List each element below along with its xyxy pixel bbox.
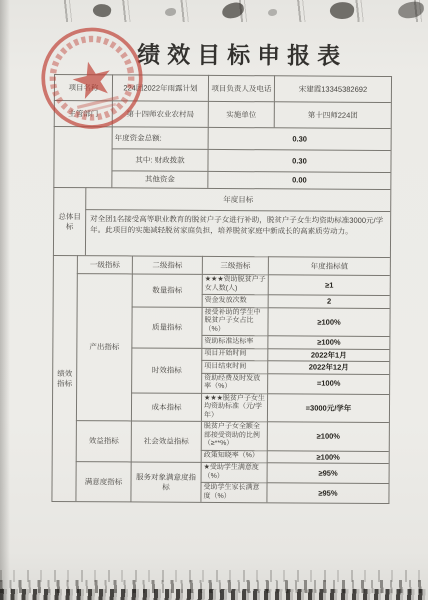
level1-label: 产出指标 (76, 273, 132, 420)
sub-service-satisfaction: 服务对象满意度指标 ★受助学生满意度（%） ≥95% 受助学生家长满意度（%） … (130, 461, 388, 503)
scanned-page: 绩效目标申报表 项目名称 224团2022年雨露计划 项目负责人及电话 宋建霞1… (0, 0, 428, 600)
page-title: 绩效目标申报表 (54, 36, 428, 71)
indicator-row: 资助经费及时发放率（%） =100% (201, 372, 389, 393)
indicator-row: 受助学生家长满意度（%） ≥95% (200, 482, 388, 503)
indicator-group-satisfaction: 满意度指标 服务对象满意度指标 ★受助学生满意度（%） ≥95% (75, 461, 388, 503)
indicator-name: 项目开始时间 (201, 347, 267, 360)
indicator-value: 2022年1月 (267, 348, 389, 361)
indicator-name: 政策知晓率（%） (201, 449, 267, 462)
indicator-row: ★受助学生满意度（%） ≥95% (201, 462, 389, 483)
overall-goal-row-label: 总体目标 (53, 187, 85, 255)
info-section: 项目名称 224团2022年雨露计划 项目负责人及电话 宋建霞133453826… (54, 74, 391, 128)
indicator-row: ★★★脱贫户子女生均资助标准（元/学年） =3000元/学年 (201, 392, 389, 422)
funds-fiscal-value: 0.30 (207, 149, 390, 172)
level1-label: 满意度指标 (75, 461, 130, 501)
indicator-name: ★★★资助脱贫户子女人数(人) (202, 274, 268, 294)
indicator-name: 接受补助的学生中脱贫户子女占比（%） (201, 306, 267, 335)
indicator-name: 脱贫户子女全额全部接受资助的比例（≥**%） (201, 421, 267, 450)
sub-quantity: 数量指标 ★★★资助脱贫户子女人数(人) ≥1 资金发放次数 2 (132, 273, 390, 307)
indicators-header-row: 一级指标 二级指标 三级指标 年度指标值 (77, 255, 390, 275)
header-annual-value: 年度指标值 (268, 256, 390, 275)
indicator-value: ≥100% (267, 335, 389, 348)
indicators-row-label: 绩效指标 (51, 255, 77, 501)
indicator-name: 项目结束时间 (201, 360, 267, 373)
indicator-value: 2 (268, 294, 390, 307)
funds-total-value: 0.30 (208, 127, 391, 150)
level2-label: 时效指标 (131, 347, 201, 392)
indicators-section: 绩效指标 一级指标 二级指标 三级指标 年度指标值 产出指标 数量指标 (51, 255, 389, 503)
indicator-name: 资金发放次数 (202, 294, 268, 307)
indicator-name: ★受助学生满意度（%） (201, 462, 267, 482)
level2-label: 数量指标 (132, 273, 202, 306)
funds-other-label: 其他资金 (111, 170, 207, 188)
indicator-value: ≥100% (267, 421, 389, 450)
indicator-row: 资金发放次数 2 (202, 294, 390, 308)
indicator-value: =100% (267, 373, 389, 394)
indicator-row: 脱贫户子女全额全部接受资助的比例（≥**%） ≥100% (201, 421, 389, 451)
sub-cost: 成本指标 ★★★脱贫户子女生均资助标准（元/学年） =3000元/学年 (131, 392, 389, 422)
manager-label: 项目负责人及电话 (208, 75, 274, 101)
bottom-scan-noise (0, 589, 428, 600)
indicator-value: ≥100% (267, 307, 389, 336)
indicator-value: ≥100% (267, 450, 389, 463)
level2-label: 质量指标 (131, 306, 201, 347)
annual-goal-text: 对全团1名接受高等职业教育的脱贫户子女进行补助，脱贫户子女生均资助标准3000元… (85, 209, 390, 257)
header-level3: 三级指标 (202, 256, 268, 274)
indicator-name: ★★★脱贫户子女生均资助标准（元/学年） (201, 392, 267, 421)
level2-label: 服务对象满意度指标 (130, 461, 200, 501)
indicator-row: 项目开始时间 2022年1月 (201, 347, 389, 361)
project-name-value: 224团2022年雨露计划 (112, 74, 208, 101)
indicator-value: ≥95% (266, 482, 388, 503)
indicator-group-benefit: 效益指标 社会效益指标 脱贫户子女全额全部接受资助的比例（≥**%） ≥100% (76, 420, 389, 463)
dept-label: 主管部门 (54, 100, 112, 126)
funds-fiscal-label: 其中: 财政拨款 (111, 148, 207, 171)
funds-total-label: 年度资金总额: (112, 126, 208, 149)
header-level1: 一级指标 (77, 255, 132, 273)
funds-section: 年度资金总额: 0.30 其中: 财政拨款 0.30 其他资金 0.00 (53, 126, 390, 189)
indicators-grid: 一级指标 二级指标 三级指标 年度指标值 产出指标 数量指标 (75, 255, 389, 503)
sub-timeliness: 时效指标 项目开始时间 2022年1月 项目结束时间 2022年12月 (131, 347, 389, 394)
indicator-group-output: 产出指标 数量指标 ★★★资助脱贫户子女人数(人) ≥1 (76, 273, 390, 422)
level2-label: 社会效益指标 (131, 420, 201, 461)
indicator-row: 接受补助的学生中脱贫户子女占比（%） ≥100% (201, 306, 389, 336)
indicator-row: ★★★资助脱贫户子女人数(人) ≥1 (202, 274, 390, 295)
indicator-row: 项目结束时间 2022年12月 (201, 360, 389, 374)
sub-social-benefit: 社会效益指标 脱贫户子女全额全部接受资助的比例（≥**%） ≥100% 政策知晓… (131, 420, 389, 463)
header-level2: 二级指标 (132, 255, 202, 273)
unit-label: 实施单位 (208, 101, 274, 127)
level1-label: 效益指标 (76, 420, 131, 461)
project-name-label: 项目名称 (54, 74, 112, 100)
overall-goal-section: 总体目标 年度目标 对全团1名接受高等职业教育的脱贫户子女进行补助，脱贫户子女生… (53, 187, 390, 257)
funds-empty-cell (53, 126, 111, 187)
level2-label: 成本指标 (131, 392, 201, 421)
dept-value: 第十四师农业农村局 (112, 100, 208, 127)
indicator-value: 2022年12月 (267, 360, 389, 373)
sub-quality: 质量指标 接受补助的学生中脱贫户子女占比（%） ≥100% 资助标准达标率 ≥1… (131, 306, 389, 349)
form-table: 项目名称 224团2022年雨露计划 项目负责人及电话 宋建霞133453826… (51, 74, 392, 504)
indicator-row: 政策知晓率（%） ≥100% (201, 449, 389, 463)
manager-value: 宋建霞13345382692 (274, 75, 391, 102)
indicator-value: ≥1 (268, 274, 390, 295)
indicator-name: 受助学生家长满意度（%） (200, 482, 266, 502)
funds-other-value: 0.00 (207, 171, 390, 189)
indicator-value: ≥95% (267, 462, 389, 483)
annual-goal-header: 年度目标 (85, 187, 390, 211)
unit-value: 第十四师224团 (274, 101, 391, 128)
indicator-name: 资助标准达标率 (201, 335, 267, 348)
indicator-value: =3000元/学年 (267, 393, 389, 422)
indicator-row: 资助标准达标率 ≥100% (201, 335, 389, 349)
indicator-name: 资助经费及时发放率（%） (201, 372, 267, 392)
